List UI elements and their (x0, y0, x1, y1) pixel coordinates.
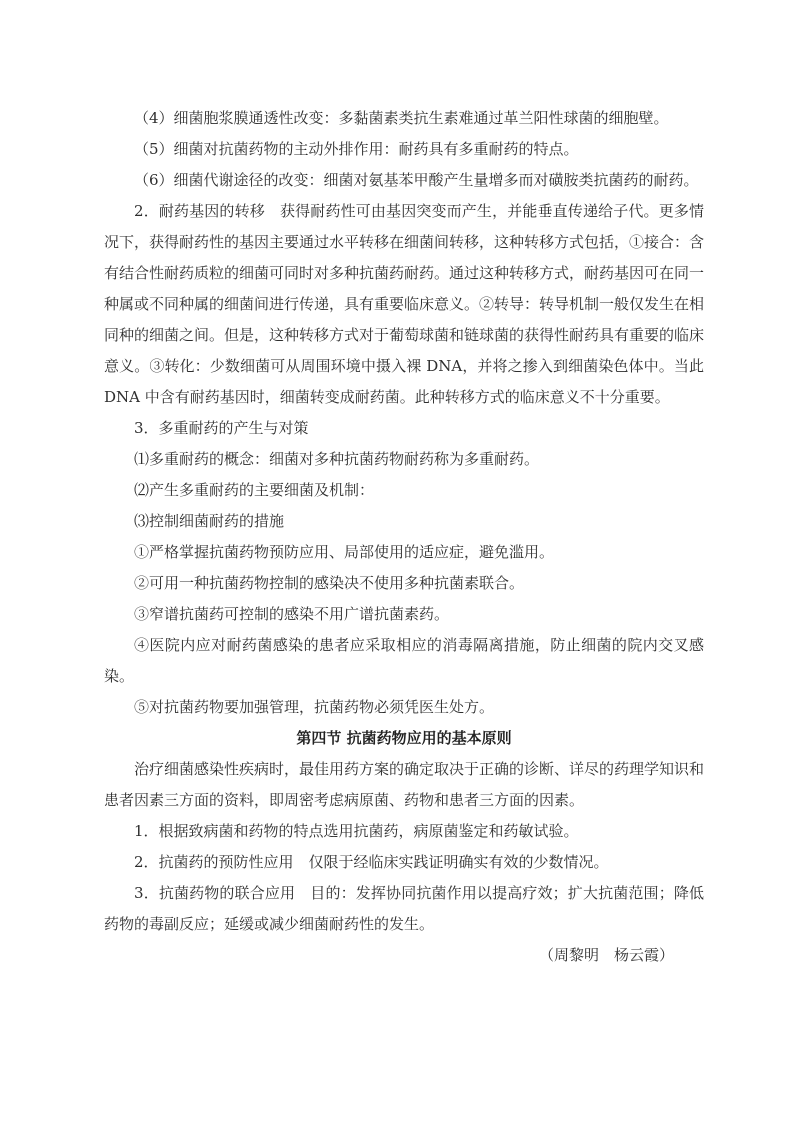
principle-3-combined-use: 3．抗菌药物的联合应用 目的：发挥协同抗菌作用以提高疗效；扩大抗菌范围；降低药物… (104, 878, 704, 940)
measure-3-narrow-spectrum: ③窄谱抗菌药可控制的感染不用广谱抗菌素药。 (104, 599, 704, 630)
list-item-6-metabolic-pathway: （6）细菌代谢途径的改变：细菌对氨基苯甲酸产生量增多而对磺胺类抗菌药的耐药。 (104, 165, 704, 196)
list-item-5-active-efflux: （5）细菌对抗菌药物的主动外排作用：耐药具有多重耐药的特点。 (104, 134, 704, 165)
document-content: （4）细菌胞浆膜通透性改变：多黏菌素类抗生素难通过革兰阳性球菌的细胞壁。 （5）… (104, 103, 704, 971)
measure-5-prescription-management: ⑤对抗菌药物要加强管理，抗菌药物必须凭医生处方。 (104, 692, 704, 723)
paragraph-treatment-principles: 治疗细菌感染性疾病时，最佳用药方案的确定取决于正确的诊断、详尽的药理学知识和患者… (104, 754, 704, 816)
measure-2-single-drug: ②可用一种抗菌药物控制的感染决不使用多种抗菌素联合。 (104, 568, 704, 599)
measure-4-hospital-isolation: ④医院内应对耐药菌感染的患者应采取相应的消毒隔离措施，防止细菌的院内交叉感染。 (104, 630, 704, 692)
sub-item-2-main-bacteria-mechanism: ⑵产生多重耐药的主要细菌及机制： (104, 475, 704, 506)
author-signature: （周黎明 杨云霞） (104, 940, 704, 971)
measure-1-strict-control: ①严格掌握抗菌药物预防应用、局部使用的适应症，避免滥用。 (104, 537, 704, 568)
paragraph-resistance-gene-transfer: 2．耐药基因的转移 获得耐药性可由基因突变而产生，并能垂直传递给子代。更多情况下… (104, 196, 704, 413)
principle-1-drug-selection: 1．根据致病菌和药物的特点选用抗菌药，病原菌鉴定和药敏试验。 (104, 816, 704, 847)
sub-item-1-multidrug-concept: ⑴多重耐药的概念：细菌对多种抗菌药物耐药称为多重耐药。 (104, 444, 704, 475)
principle-2-preventive-use: 2．抗菌药的预防性应用 仅限于经临床实践证明确实有效的少数情况。 (104, 847, 704, 878)
sub-item-3-control-measures: ⑶控制细菌耐药的措施 (104, 506, 704, 537)
list-item-4-membrane-permeability: （4）细菌胞浆膜通透性改变：多黏菌素类抗生素难通过革兰阳性球菌的细胞壁。 (104, 103, 704, 134)
document-page: （4）细菌胞浆膜通透性改变：多黏菌素类抗生素难通过革兰阳性球菌的细胞壁。 （5）… (0, 0, 793, 1122)
list-item-3-multidrug-resistance: 3．多重耐药的产生与对策 (104, 413, 704, 444)
section-heading: 第四节 抗菌药物应用的基本原则 (104, 723, 704, 754)
